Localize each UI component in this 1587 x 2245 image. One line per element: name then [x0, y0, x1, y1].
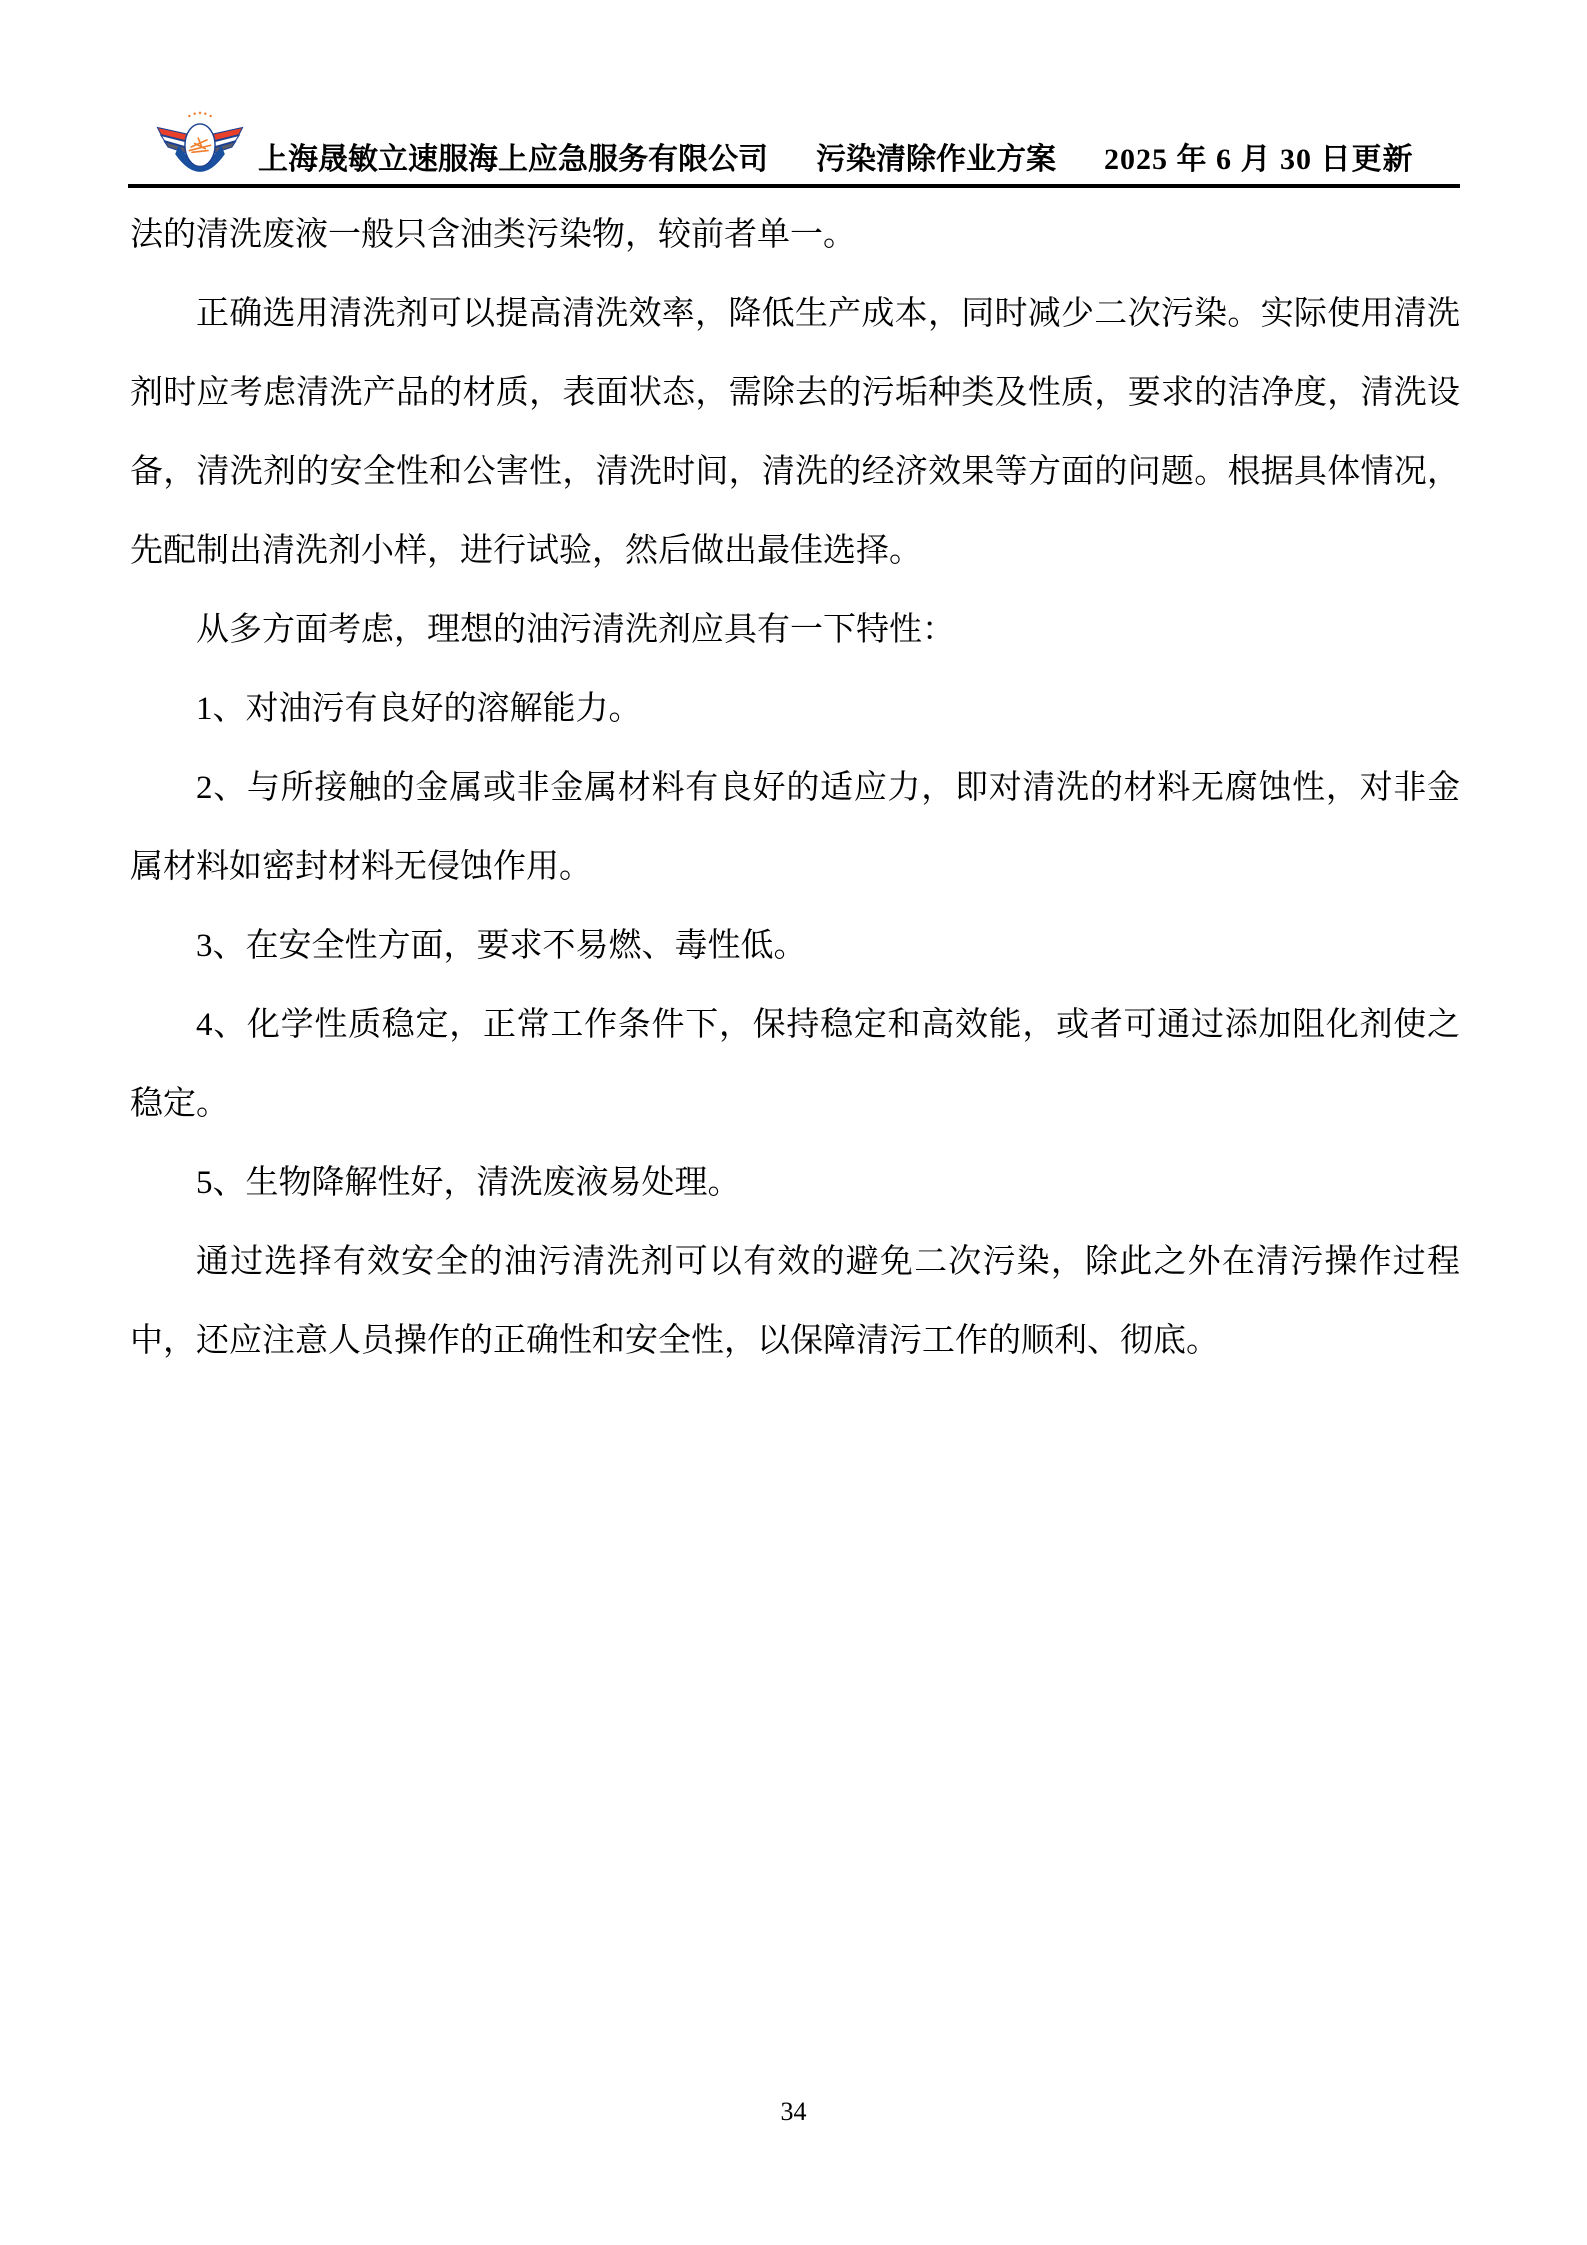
company-logo-icon	[154, 108, 246, 186]
body-list-item: 1、对油污有良好的溶解能力。	[130, 670, 1460, 749]
body-list-item: 4、化学性质稳定，正常工作条件下，保持稳定和高效能，或者可通过添加阻化剂使之稳定…	[130, 986, 1460, 1144]
body-paragraph: 法的清洗废液一般只含油类污染物，较前者单一。	[130, 196, 1460, 275]
doc-title: 污染清除作业方案	[816, 142, 1056, 178]
page-number: 34	[781, 2097, 807, 2126]
header-divider	[128, 184, 1460, 188]
body-list-item: 2、与所接触的金属或非金属材料有良好的适应力，即对清洗的材料无腐蚀性，对非金属材…	[130, 749, 1460, 907]
company-name: 上海晟敏立速服海上应急服务有限公司	[258, 142, 768, 178]
page-header: 上海晟敏立速服海上应急服务有限公司 污染清除作业方案 2025 年 6 月 30…	[128, 108, 1460, 188]
body-paragraph: 正确选用清洗剂可以提高清洗效率，降低生产成本，同时减少二次污染。实际使用清洗剂时…	[130, 275, 1460, 591]
body-paragraph: 通过选择有效安全的油污清洗剂可以有效的避免二次污染，除此之外在清污操作过程中，还…	[130, 1223, 1460, 1381]
body-paragraph: 从多方面考虑，理想的油污清洗剂应具有一下特性：	[130, 591, 1460, 670]
body-list-item: 5、生物降解性好，清洗废液易处理。	[130, 1144, 1460, 1223]
update-date: 2025 年 6 月 30 日更新	[1104, 142, 1414, 178]
body-list-item: 3、在安全性方面，要求不易燃、毒性低。	[130, 907, 1460, 986]
document-body: 法的清洗废液一般只含油类污染物，较前者单一。 正确选用清洗剂可以提高清洗效率，降…	[130, 196, 1460, 1381]
document-page: 上海晟敏立速服海上应急服务有限公司 污染清除作业方案 2025 年 6 月 30…	[0, 0, 1587, 2245]
page-footer: 34	[0, 2097, 1587, 2127]
